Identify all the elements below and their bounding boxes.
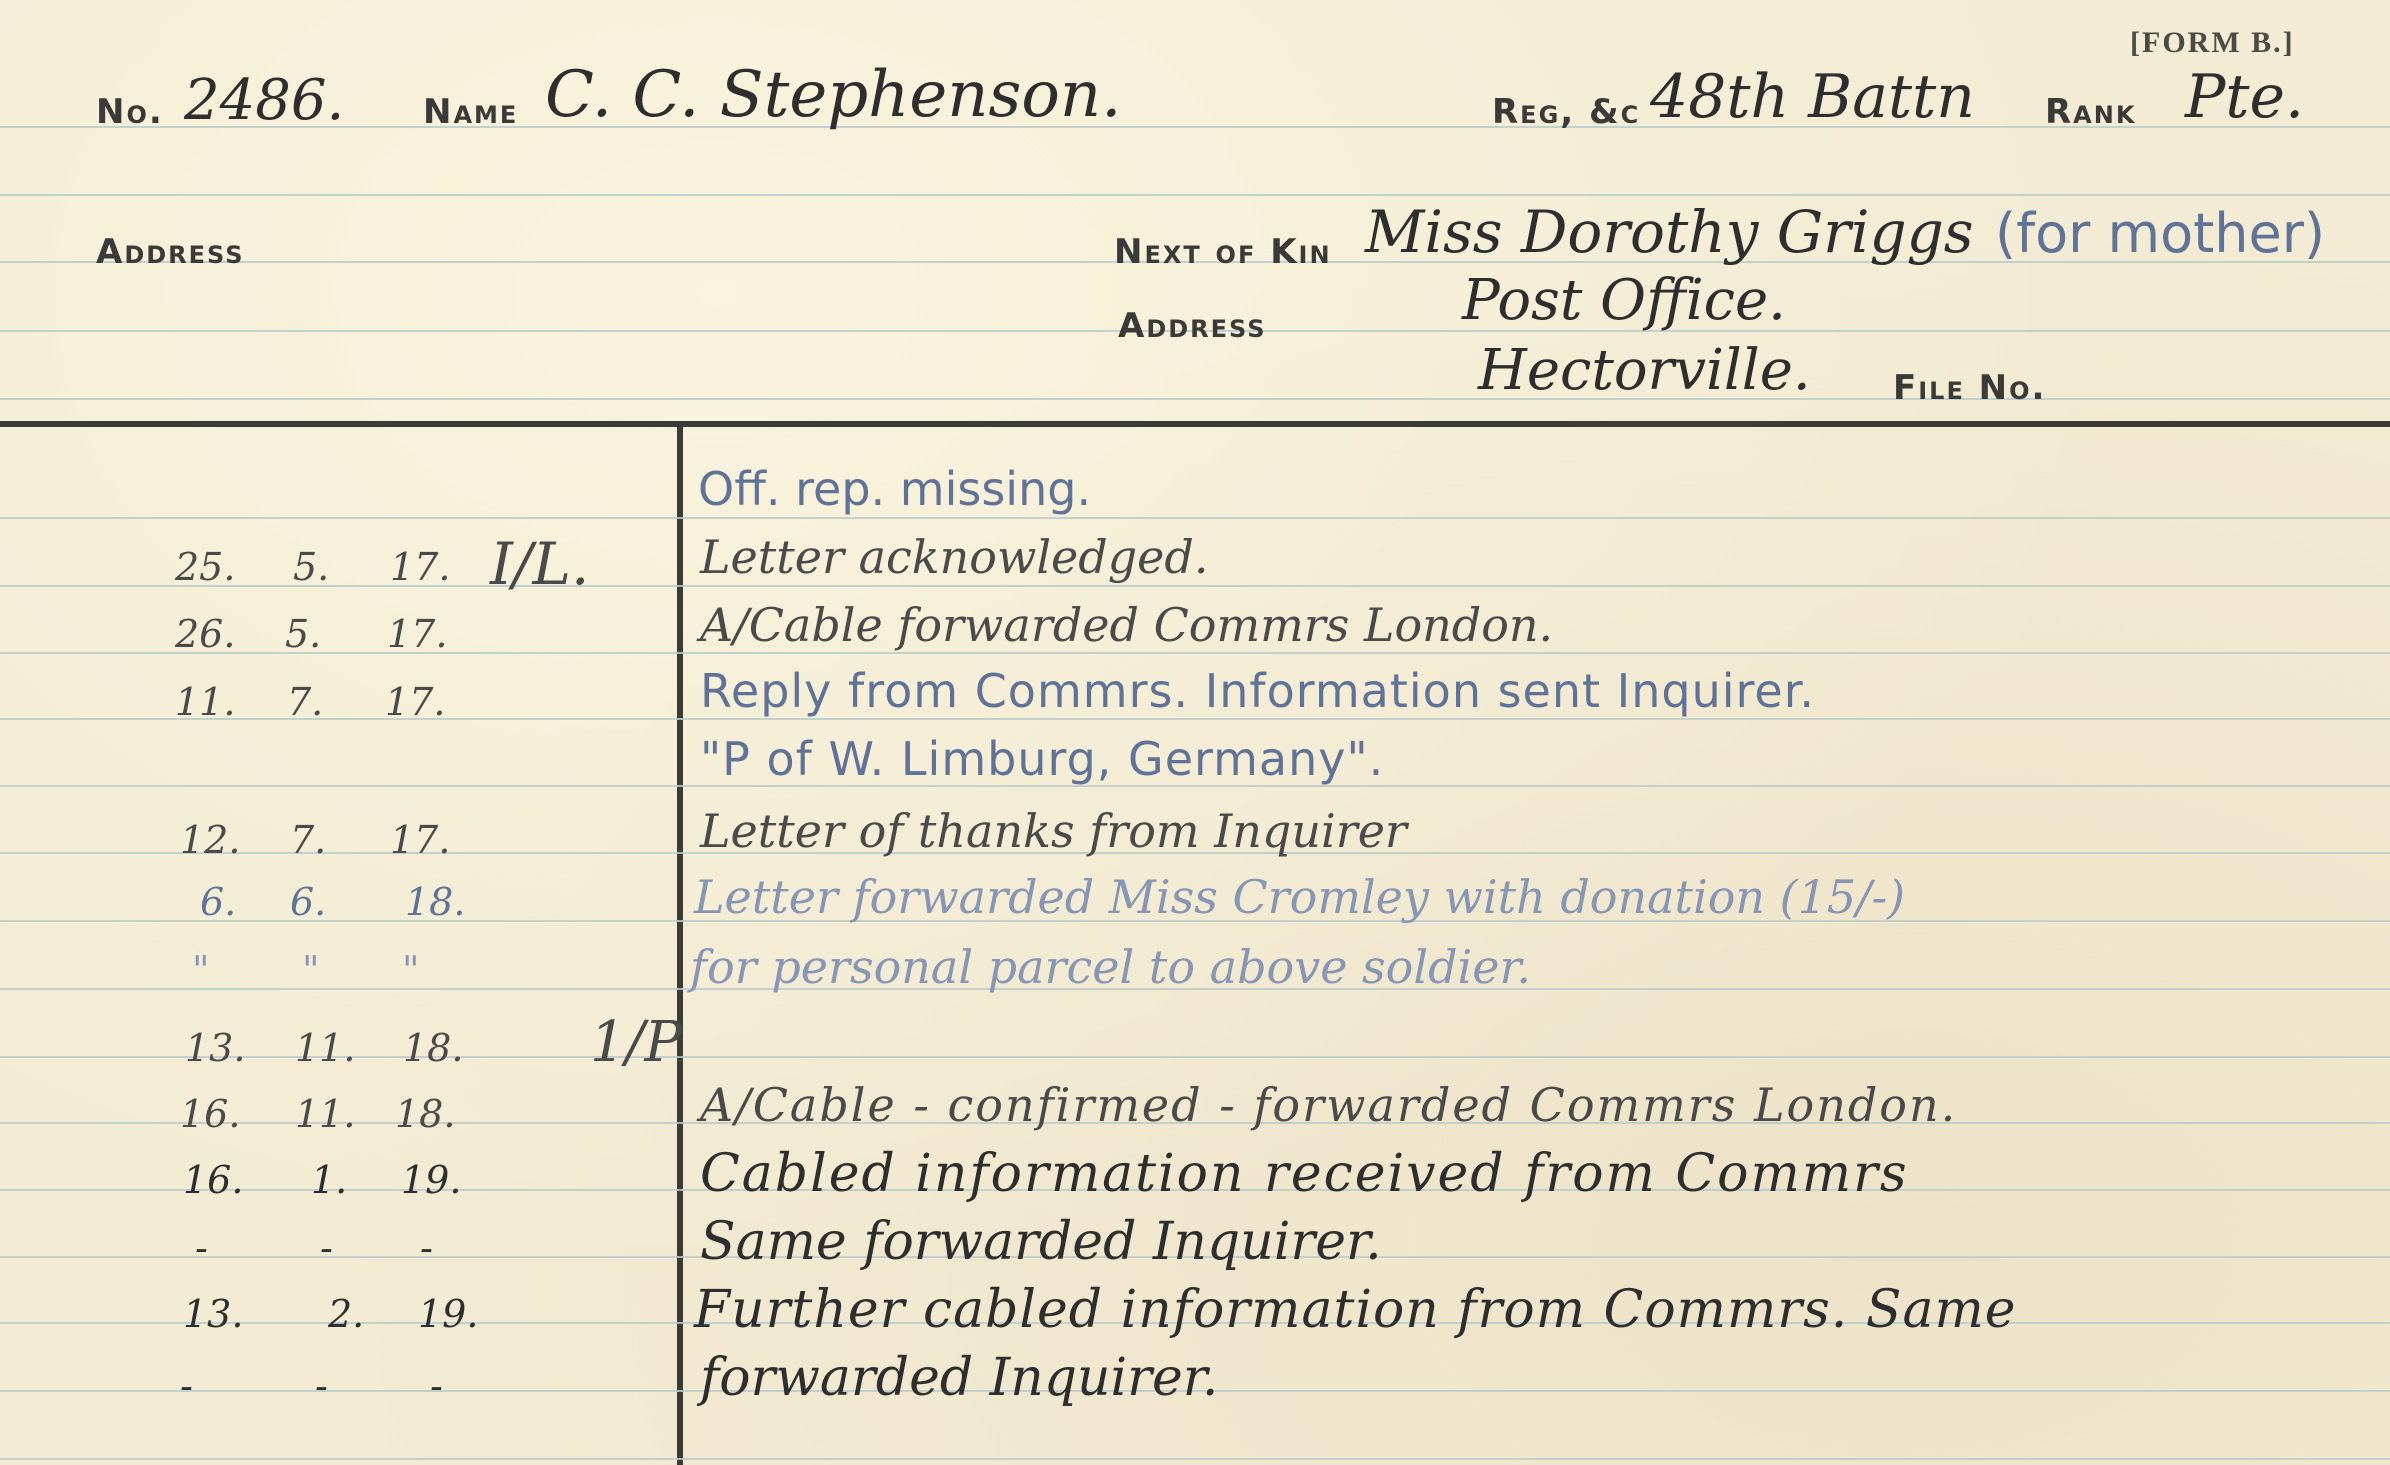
date-year: 18. (405, 880, 465, 924)
next-of-kin-note: (for mother) (1995, 202, 2325, 265)
rule-line (0, 718, 2390, 720)
date-year: 17. (390, 818, 450, 862)
entry-text: Letter of thanks from Inquirer (700, 804, 1407, 858)
entry-mark: I/L. (490, 530, 589, 598)
rank: Pte. (2185, 62, 2304, 132)
rule-line (0, 194, 2390, 196)
date-day: 13. (183, 1292, 243, 1336)
rule-line (0, 1458, 2390, 1460)
name-label: Name (423, 92, 518, 132)
nok-address-line1: Post Office. (1462, 268, 1786, 333)
date-day: 6. (200, 880, 236, 924)
entry-text: Off. rep. missing. (698, 462, 1091, 516)
entry-text: Same forwarded Inquirer. (700, 1212, 1382, 1272)
date-month: 11. (295, 1092, 355, 1136)
record-card: [FORM B.] No. 2486. Name C. C. Stephenso… (0, 0, 2390, 1465)
regiment: 48th Battn (1650, 62, 1975, 132)
date-month: 5. (293, 545, 329, 589)
date-year: 17. (387, 612, 447, 656)
date-month: 2. (328, 1292, 364, 1336)
date-year: 18. (395, 1092, 455, 1136)
date-day: - (195, 1226, 208, 1270)
column-divider (677, 427, 683, 1465)
rule-line (0, 126, 2390, 128)
next-of-kin-name: Miss Dorothy Griggs (1365, 198, 1973, 266)
date-month: - (320, 1226, 333, 1270)
date-day: 26. (175, 612, 235, 656)
date-day: 12. (180, 818, 240, 862)
date-year: 18. (403, 1026, 463, 1070)
date-year: 17. (385, 680, 445, 724)
no-label: No. (96, 92, 164, 132)
rule-line (0, 585, 2390, 587)
reg-label: Reg, &c (1492, 92, 1640, 132)
entry-text: Reply from Commrs. Information sent Inqu… (700, 664, 1815, 718)
date-month: 11. (295, 1026, 355, 1070)
date-month: 1. (311, 1158, 347, 1202)
date-day: 16. (180, 1092, 240, 1136)
address-label: Address (96, 232, 245, 272)
entry-text: Cabled information received from Commrs (700, 1144, 1909, 1204)
entry-text: "P of W. Limburg, Germany". (700, 732, 1384, 786)
rank-label: Rank (2045, 92, 2136, 132)
date-year: 19. (418, 1292, 478, 1336)
date-year: 17. (390, 545, 450, 589)
date-month: 5. (285, 612, 321, 656)
rule-line (0, 1056, 2390, 1058)
date-month: 7. (290, 818, 326, 862)
entry-mark: 1/P (590, 1010, 682, 1075)
date-day: " (192, 948, 209, 992)
date-month: 7. (287, 680, 323, 724)
service-number: 2486. (184, 68, 344, 133)
date-year: 19. (401, 1158, 461, 1202)
rule-line (0, 517, 2390, 519)
date-day: - (180, 1364, 193, 1408)
entry-text: for personal parcel to above soldier. (690, 940, 1531, 994)
entry-text: Letter forwarded Miss Cromley with donat… (694, 870, 1905, 924)
entry-text: forwarded Inquirer. (700, 1348, 1218, 1408)
rule-line (0, 652, 2390, 654)
entry-text: Letter acknowledged. (700, 530, 1208, 584)
form-tag: [FORM B.] (2130, 26, 2295, 60)
date-month: - (315, 1364, 328, 1408)
next-of-kin-label: Next of Kin (1114, 232, 1332, 272)
date-day: 16. (183, 1158, 243, 1202)
nok-address-line2: Hectorville. (1478, 338, 1811, 403)
date-year: - (420, 1226, 433, 1270)
date-year: " (402, 948, 419, 992)
date-day: 11. (175, 680, 235, 724)
date-month: 6. (290, 880, 326, 924)
section-divider (0, 421, 2390, 427)
entry-text: A/Cable - confirmed - forwarded Commrs L… (700, 1078, 1957, 1132)
entry-text: Further cabled information from Commrs. … (694, 1280, 2017, 1340)
entry-text: A/Cable forwarded Commrs London. (700, 598, 1553, 652)
date-day: 25. (175, 545, 235, 589)
date-day: 13. (185, 1026, 245, 1070)
date-month: " (302, 948, 319, 992)
date-year: - (430, 1364, 443, 1408)
nok-address-label: Address (1118, 306, 1267, 346)
soldier-name: C. C. Stephenson. (545, 58, 1121, 132)
file-no-label: File No. (1893, 368, 2046, 408)
